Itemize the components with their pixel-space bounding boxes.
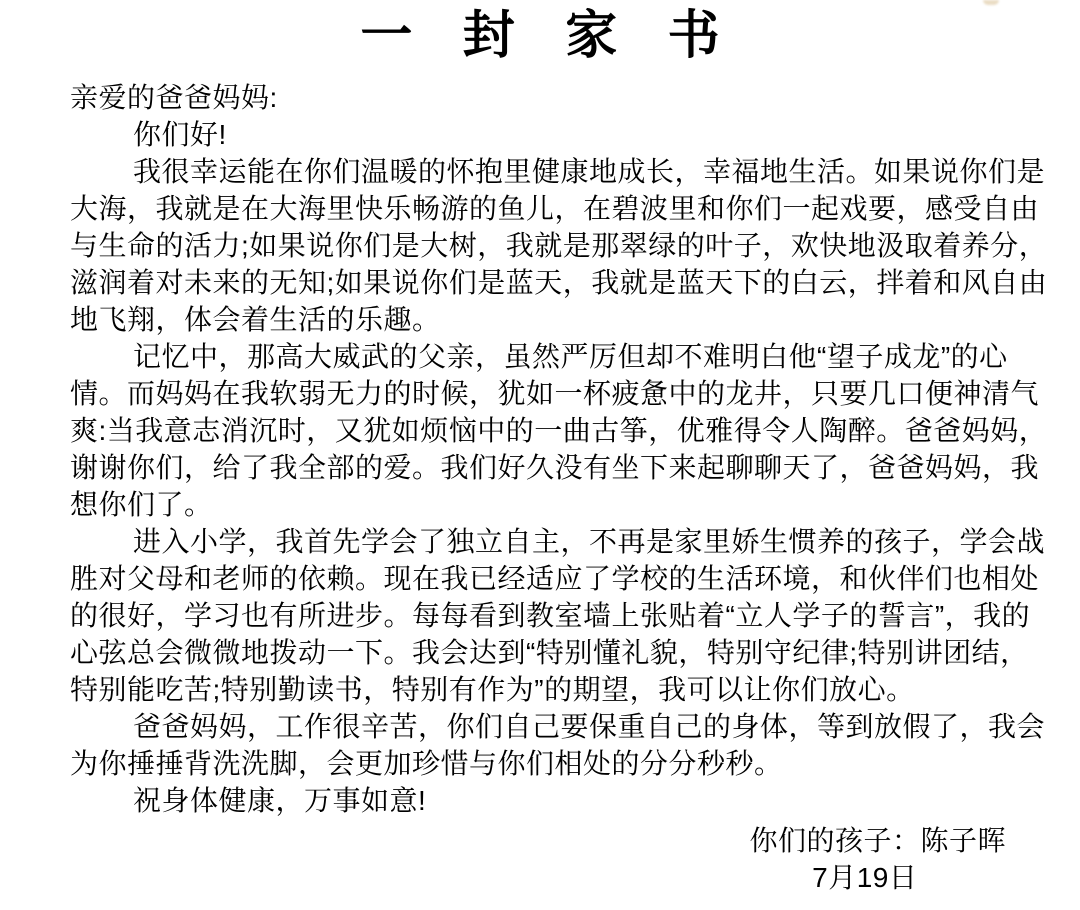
letter-line: 你们好! bbox=[70, 116, 1024, 153]
letter-line: 胜对父母和老师的依赖。现在我已经适应了学校的生活环境，和伙伴们也相处 bbox=[70, 560, 1024, 597]
letter-line: 我很幸运能在你们温暖的怀抱里健康地成长，幸福地生活。如果说你们是 bbox=[70, 153, 1024, 190]
signature-block: 你们的孩子：陈子晖 7月19日 bbox=[749, 822, 1006, 896]
letter-line: 的很好，学习也有所进步。每每看到教室墙上张贴着“立人学子的誓言”，我的 bbox=[70, 597, 1024, 634]
letter-line: 情。而妈妈在我软弱无力的时候，犹如一杯疲惫中的龙井，只要几口便神清气 bbox=[70, 375, 1024, 412]
letter-line: 地飞翔，体会着生活的乐趣。 bbox=[70, 301, 1024, 338]
letter-line: 记忆中，那高大威武的父亲，虽然严厉但却不难明白他“望子成龙”的心 bbox=[70, 338, 1024, 375]
letter-line: 爸爸妈妈，工作很辛苦，你们自己要保重自己的身体，等到放假了，我会 bbox=[70, 708, 1024, 745]
letter-line: 祝身体健康，万事如意! bbox=[70, 782, 1024, 819]
letter-page: 一 封 家 书 亲爱的爸爸妈妈:你们好!我很幸运能在你们温暖的怀抱里健康地成长，… bbox=[0, 0, 1080, 910]
letter-title: 一 封 家 书 bbox=[0, 0, 1080, 65]
letter-line: 为你捶捶背洗洗脚，会更加珍惜与你们相处的分分秒秒。 bbox=[70, 745, 1024, 782]
letter-line: 爽:当我意志消沉时，又犹如烦恼中的一曲古筝，优雅得令人陶醉。爸爸妈妈， bbox=[70, 412, 1024, 449]
letter-body: 亲爱的爸爸妈妈:你们好!我很幸运能在你们温暖的怀抱里健康地成长，幸福地生活。如果… bbox=[70, 79, 1024, 819]
letter-line: 与生命的活力;如果说你们是大树，我就是那翠绿的叶子，欢快地汲取着养分， bbox=[70, 227, 1024, 264]
signature: 你们的孩子：陈子晖 bbox=[749, 822, 1006, 859]
letter-line: 心弦总会微微地拨动一下。我会达到“特别懂礼貌，特别守纪律;特别讲团结， bbox=[70, 634, 1024, 671]
letter-line: 亲爱的爸爸妈妈: bbox=[70, 79, 1024, 116]
letter-line: 想你们了。 bbox=[70, 486, 1024, 523]
letter-line: 大海，我就是在大海里快乐畅游的鱼儿，在碧波里和你们一起戏要，感受自由 bbox=[70, 190, 1024, 227]
scan-artifact bbox=[983, 0, 999, 5]
letter-line: 谢谢你们，给了我全部的爱。我们好久没有坐下来起聊聊天了，爸爸妈妈，我 bbox=[70, 449, 1024, 486]
letter-line: 进入小学，我首先学会了独立自主，不再是家里娇生惯养的孩子，学会战 bbox=[70, 523, 1024, 560]
letter-line: 特别能吃苦;特别勤读书，特别有作为”的期望，我可以让你们放心。 bbox=[70, 671, 1024, 708]
letter-line: 滋润着对未来的无知;如果说你们是蓝天，我就是蓝天下的白云，拌着和风自由 bbox=[70, 264, 1024, 301]
letter-date: 7月19日 bbox=[749, 859, 1006, 896]
